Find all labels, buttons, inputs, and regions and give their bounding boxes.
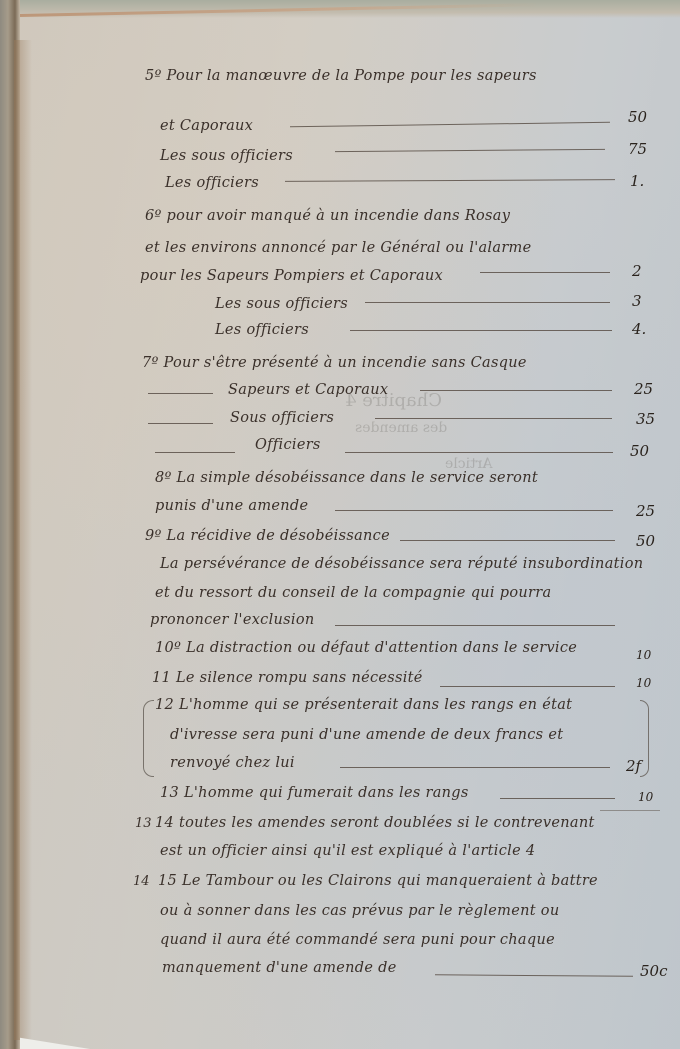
fine-amount: 50c xyxy=(640,962,668,980)
article-line: pour les Sapeurs Pompiers et Caporaux xyxy=(140,268,443,284)
margin-correction: 13 xyxy=(135,816,152,831)
fill-line xyxy=(365,302,610,303)
article-line: et Caporaux xyxy=(160,118,253,134)
fine-amount: 50 xyxy=(630,442,649,460)
article-line: Sapeurs et Caporaux xyxy=(228,382,388,398)
article-line: renvoyé chez lui xyxy=(170,755,295,771)
article-line: Les sous officiers xyxy=(215,296,348,312)
article-line: Sous officiers xyxy=(230,410,334,426)
article-line: Les sous officiers xyxy=(160,148,293,164)
fine-amount: 1. xyxy=(630,172,644,190)
article-line: ou à sonner dans les cas prévus par le r… xyxy=(160,903,559,919)
fine-amount: 50 xyxy=(628,108,647,126)
article-line: La persévérance de désobéissance sera ré… xyxy=(160,556,643,572)
article-line: et du ressort du conseil de la compagnie… xyxy=(155,585,551,601)
fine-amount: 50 xyxy=(636,532,655,550)
fine-amount: 25 xyxy=(636,502,655,520)
fine-amount: 3 xyxy=(632,292,642,310)
article-line: 8º La simple désobéissance dans le servi… xyxy=(155,470,538,486)
article-line: 13 L'homme qui fumerait dans les rangs xyxy=(160,785,469,801)
fill-line xyxy=(335,149,605,153)
article-line: 12 L'homme qui se présenterait dans les … xyxy=(155,697,572,713)
article-line: Officiers xyxy=(255,437,321,453)
fill-line xyxy=(155,452,235,453)
article-line: 9º La récidive de désobéissance xyxy=(145,528,390,544)
article-line: d'ivresse sera puni d'une amende de deux… xyxy=(170,727,563,743)
fill-line xyxy=(285,179,615,182)
article-line: Les officiers xyxy=(215,322,309,338)
right-brace xyxy=(640,700,649,777)
article-line: 5º Pour la manœuvre de la Pompe pour les… xyxy=(145,68,537,84)
document-content: Chapitre 4 des amendes Article 5º Pour l… xyxy=(0,0,680,1049)
fine-amount: 10 xyxy=(638,790,653,804)
fill-line xyxy=(435,974,633,977)
fill-line xyxy=(335,510,613,511)
fine-amount: 25 xyxy=(634,380,653,398)
fine-amount: 4. xyxy=(632,320,646,338)
article-line: et les environs annoncé par le Général o… xyxy=(145,240,531,256)
fill-line xyxy=(480,272,610,273)
article-line: 6º pour avoir manqué à un incendie dans … xyxy=(145,208,510,224)
article-line: Les officiers xyxy=(165,175,259,191)
left-brace xyxy=(143,700,154,777)
article-line: 15 Le Tambour ou les Clairons qui manque… xyxy=(158,873,598,889)
article-line: prononcer l'exclusion xyxy=(150,612,315,628)
article-line: 14 toutes les amendes seront doublées si… xyxy=(155,815,595,831)
fine-amount: 2 xyxy=(632,262,642,280)
fill-line xyxy=(350,330,612,331)
fill-line xyxy=(335,625,615,626)
fine-amount: 2f xyxy=(626,757,641,775)
fill-line xyxy=(400,540,615,541)
article-line: 7º Pour s'être présenté à un incendie sa… xyxy=(142,355,527,371)
article-line: est un officier ainsi qu'il est expliqué… xyxy=(160,843,535,859)
fill-line xyxy=(500,798,615,799)
fill-line xyxy=(420,390,612,391)
fine-amount: 10 xyxy=(636,676,651,690)
margin-correction: 14 xyxy=(133,874,150,889)
fill-line xyxy=(148,423,213,424)
fill-line xyxy=(340,767,610,768)
fill-line xyxy=(440,686,615,687)
article-line: 11 Le silence rompu sans nécessité xyxy=(152,670,423,686)
fine-amount: 10 xyxy=(636,648,651,662)
fine-amount: 75 xyxy=(628,140,647,158)
bleed-through-text: des amendes xyxy=(355,420,447,436)
article-line: punis d'une amende xyxy=(155,498,308,514)
article-line: manquement d'une amende de xyxy=(162,960,397,976)
margin-stroke xyxy=(600,810,660,811)
article-line: 10º La distraction ou défaut d'attention… xyxy=(155,640,577,656)
fill-line xyxy=(148,393,213,394)
fine-amount: 35 xyxy=(636,410,655,428)
fill-line xyxy=(375,418,612,419)
article-line: quand il aura été commandé sera puni pou… xyxy=(160,932,555,948)
fill-line xyxy=(345,452,613,453)
manuscript-page: Chapitre 4 des amendes Article 5º Pour l… xyxy=(0,0,680,1049)
fill-line xyxy=(290,122,610,128)
